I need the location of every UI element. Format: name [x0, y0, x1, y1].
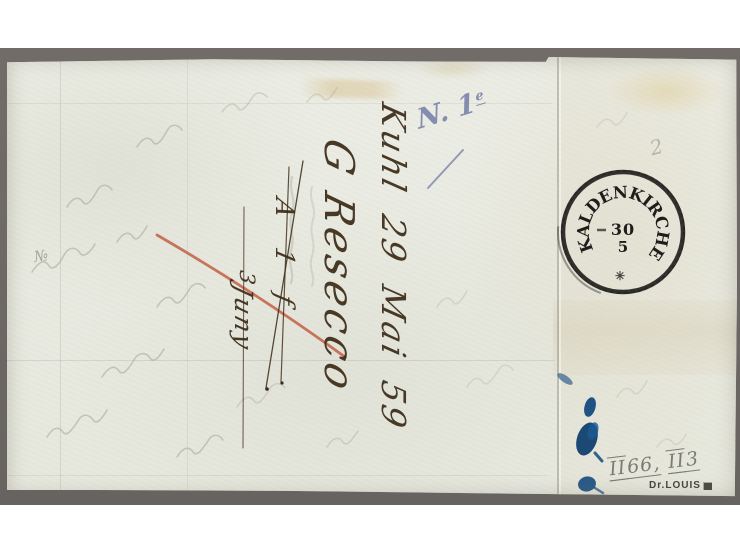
- blue-ink-smudge: [7, 57, 737, 497]
- folded-letter-back: Kuhl 29 Mai 59 G Resecco A 1 f 3 Juny N.…: [7, 57, 737, 497]
- pencil-number-mark: №: [33, 246, 50, 266]
- cover-photo: Kuhl 29 Mai 59 G Resecco A 1 f 3 Juny N.…: [0, 0, 740, 557]
- expert-emblem-icon: [703, 482, 712, 490]
- expert-handstamp: Dr.LOUIS: [649, 480, 712, 491]
